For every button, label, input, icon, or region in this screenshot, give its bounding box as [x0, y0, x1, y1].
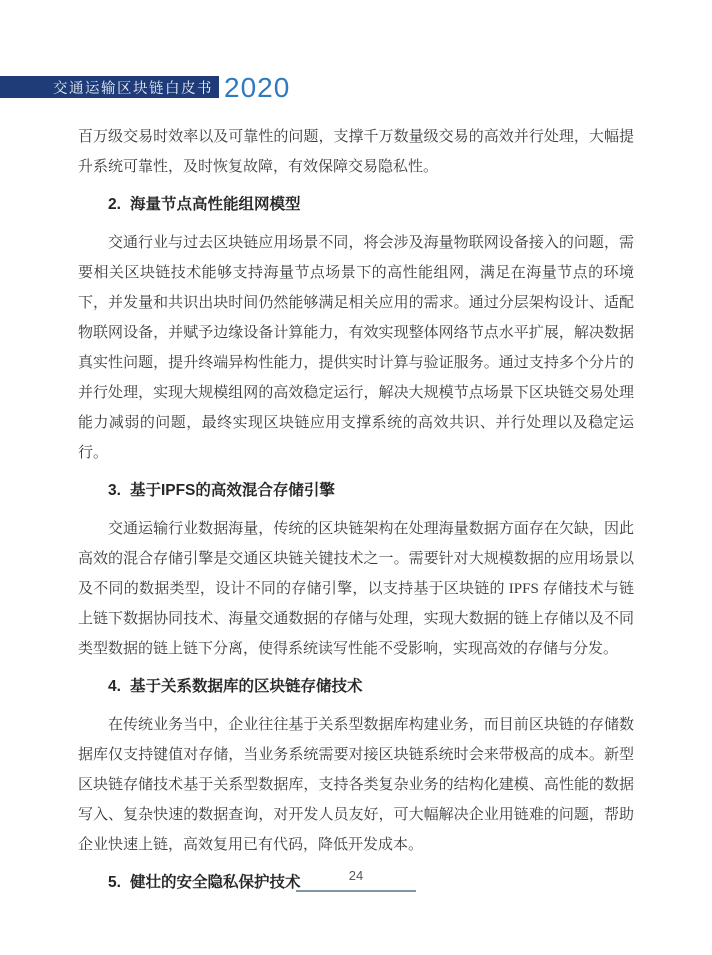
- section-title: 海量节点高性能组网模型: [130, 196, 301, 213]
- footer-divider: [296, 890, 416, 892]
- section-heading-2: 2.海量节点高性能组网模型: [108, 190, 634, 220]
- section-heading-4: 4.基于关系数据库的区块链存储技术: [108, 672, 634, 702]
- page-number: 24: [0, 866, 712, 886]
- document-body: 百万级交易时效率以及可靠性的问题，支撑千万数量级交易的高效并行处理，大幅提升系统…: [78, 122, 634, 906]
- section-number: 2.: [108, 196, 121, 213]
- document-page: 交通运输区块链白皮书 2020 百万级交易时效率以及可靠性的问题，支撑千万数量级…: [0, 0, 712, 955]
- body-paragraph: 交通运输行业数据海量，传统的区块链架构在处理海量数据方面存在欠缺，因此高效的混合…: [78, 514, 634, 664]
- body-paragraph: 百万级交易时效率以及可靠性的问题，支撑千万数量级交易的高效并行处理，大幅提升系统…: [78, 122, 634, 182]
- header-title: 交通运输区块链白皮书: [53, 77, 213, 98]
- header-year: 2020: [224, 77, 290, 98]
- section-number: 4.: [108, 678, 121, 695]
- section-number: 3.: [108, 482, 121, 499]
- section-heading-3: 3.基于IPFS的高效混合存储引擎: [108, 476, 634, 506]
- section-title: 基于IPFS的高效混合存储引擎: [130, 482, 335, 499]
- page-header: 交通运输区块链白皮书 2020: [0, 76, 290, 98]
- section-title: 基于关系数据库的区块链存储技术: [130, 678, 363, 695]
- page-footer: 24: [0, 866, 712, 892]
- body-paragraph: 交通行业与过去区块链应用场景不同，将会涉及海量物联网设备接入的问题，需要相关区块…: [78, 228, 634, 468]
- header-title-bar: 交通运输区块链白皮书: [0, 76, 219, 98]
- body-paragraph: 在传统业务当中，企业往往基于关系型数据库构建业务，而目前区块链的存储数据库仅支持…: [78, 710, 634, 860]
